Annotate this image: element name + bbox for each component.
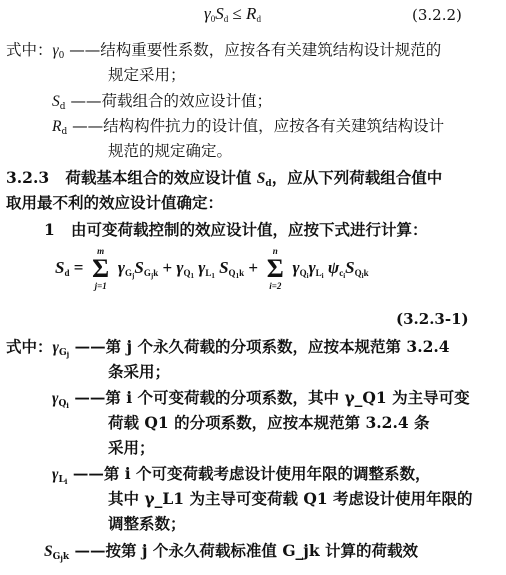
- where-label: 式中：: [6, 41, 53, 59]
- document-page: γ0Sd ≤ Rd (3.2.2) 式中：γ0 ——结构重要性系数，应按各有关建…: [0, 0, 506, 575]
- def-gamma-qi-line3: 采用；: [108, 438, 155, 458]
- item-1: 1 由可变荷载控制的效应设计值，应按下式进行计算：: [44, 220, 428, 240]
- def-gamma-li-line1: γLi ——第 i 个可变荷载考虑设计使用年限的调整系数，: [52, 464, 431, 492]
- clause-3-2-3-line1: 3.2.3 荷载基本组合的效应设计值 Sd，应从下列荷载组合值中: [6, 168, 442, 194]
- equation-3-2-3-1: Sd = mΣj=1 γGjSGjk + γQ1 γL1 SQ1k + nΣi=…: [55, 247, 369, 291]
- summation-i: nΣi=2: [262, 247, 288, 291]
- def-s-gjk-line1: SGjk ——按第 j 个永久荷载标准值 G_jk 计算的荷载效: [44, 541, 418, 569]
- summation-j: mΣj=1: [88, 247, 114, 291]
- equation-number-3-2-2: (3.2.2): [412, 6, 462, 24]
- def-gamma-gj-line2: 条采用；: [108, 362, 170, 382]
- def-gamma-qi-line1: γQi ——第 i 个可变荷载的分项系数，其中 γ_Q1 为主导可变: [52, 388, 470, 416]
- def-gamma0-line2: 规定采用；: [108, 65, 186, 85]
- equation-number-3-2-3-1: (3.2.3-1): [396, 310, 469, 328]
- def-rd-line2: 规范的规定确定。: [108, 141, 232, 161]
- clause-number: 3.2.3: [6, 168, 49, 187]
- equation-3-2-2: γ0Sd ≤ Rd: [204, 4, 261, 24]
- def-gamma-li-line2: 其中 γ_L1 为主导可变荷载 Q1 考虑设计使用年限的: [108, 489, 473, 509]
- def-gamma-li-line3: 调整系数；: [108, 514, 186, 534]
- def-rd-line1: Rd ——结构构件抗力的设计值，应按各有关建筑结构设计: [52, 116, 444, 142]
- def-gamma-gj-line1: 式中：γGj ——第 j 个永久荷载的分项系数，应按本规范第 3.2.4: [6, 337, 450, 365]
- def-gamma0-line1: 式中：γ0 ——结构重要性系数，应按各有关建筑结构设计规范的: [6, 40, 441, 66]
- clause-3-2-3-line2: 取用最不利的效应设计值确定：: [6, 193, 223, 213]
- def-gamma-qi-line2: 荷载 Q1 的分项系数，应按本规范第 3.2.4 条: [108, 413, 430, 433]
- def-sd: Sd ——荷载组合的效应设计值；: [52, 91, 272, 117]
